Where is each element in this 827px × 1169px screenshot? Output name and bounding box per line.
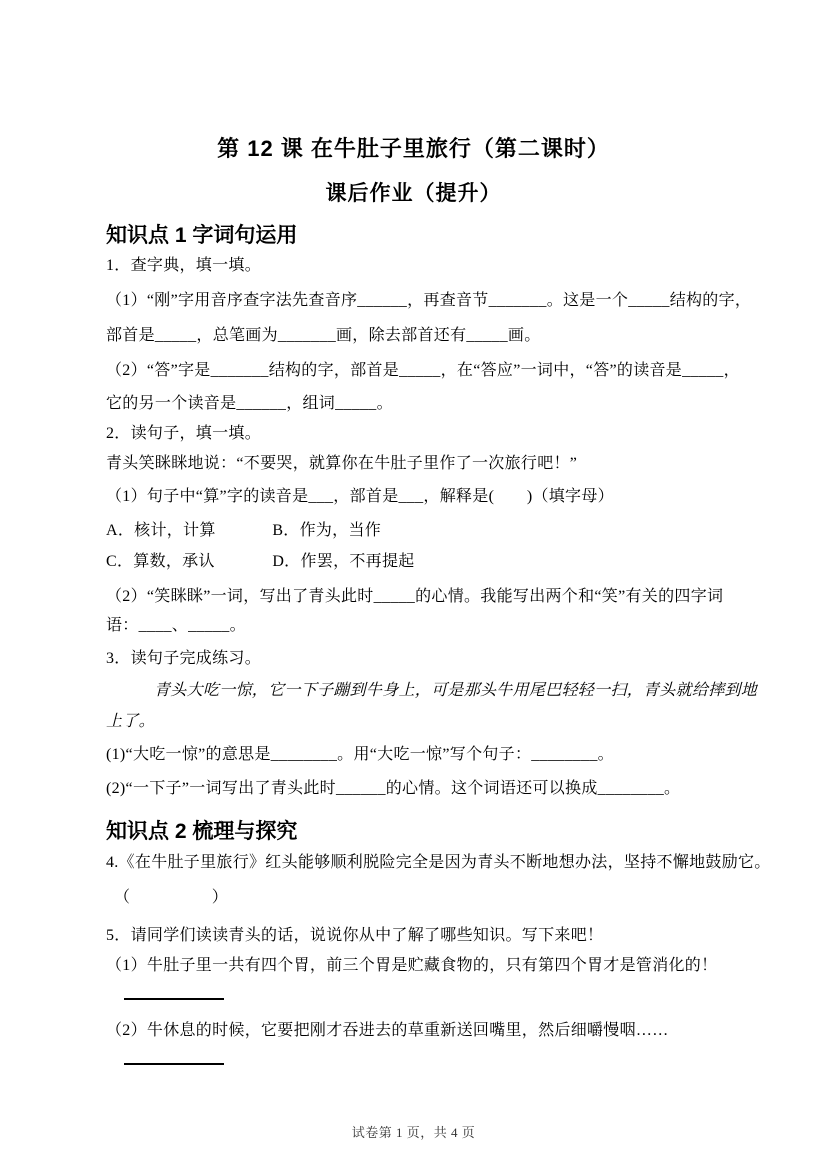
q1-stem: 1．查字典，填一填。 <box>106 256 261 275</box>
q3-stem: 3．读句子完成练习。 <box>106 649 261 668</box>
q1-part2-line2: 它的另一个读音是______，组词_____。 <box>106 394 393 413</box>
q2-stem: 2．读句子，填一填。 <box>106 424 261 443</box>
q2-part2-line2: 语：____、_____。 <box>106 616 246 635</box>
q2-option-c: C．算数，承认 <box>106 552 268 571</box>
q2-part2-line1: （2）“笑眯眯”一词，写出了青头此时_____的心情。我能写出两个和“笑”有关的… <box>106 587 723 606</box>
section-heading-kp2: 知识点 2 梳理与探究 <box>106 815 297 845</box>
q5-part1: （1）牛肚子里一共有四个胃，前三个胃是贮藏食物的，只有第四个胃才是管消化的！ <box>106 956 717 975</box>
q3-passage-line2: 上了。 <box>106 712 155 731</box>
page-footer: 试卷第 1 页，共 4 页 <box>0 1122 827 1141</box>
q5-part2-answer-line <box>124 1063 224 1065</box>
q1-part1-line1: （1）“刚”字用音序查字法先查音序______，再查音节_______。这是一个… <box>106 291 751 310</box>
q1-part2-line1: （2）“答”字是_______结构的字，部首是_____，在“答应”一词中，“答… <box>106 361 740 380</box>
q4-stem: 4.《在牛肚子里旅行》红头能够顺利脱险完全是因为青头不断地想办法，坚持不懈地鼓励… <box>106 853 771 872</box>
q3-part1: (1)“大吃一惊”的意思是________。用“大吃一惊”写个句子：______… <box>106 745 614 764</box>
q2-options-row-2: C．算数，承认 D．作罢，不再提起 <box>106 552 415 571</box>
q1-part1-line2: 部首是_____，总笔画为_______画，除去部首还有_____画。 <box>106 326 541 345</box>
q2-part1: （1）句子中“算”字的读音是___，部首是___，解释是( )（填字母） <box>106 487 614 506</box>
q5-part1-answer-line <box>124 998 224 1000</box>
q2-options-row-1: A．核计，计算 B．作为，当作 <box>106 521 381 540</box>
q2-quote: 青头笑眯眯地说：“不要哭，就算你在牛肚子里作了一次旅行吧！” <box>106 454 577 473</box>
q3-passage-line1: 青头大吃一惊，它一下子蹦到牛身上，可是那头牛用尾巴轻轻一扫，青头就给摔到地 <box>154 681 757 700</box>
section-heading-kp1: 知识点 1 字词句运用 <box>106 219 297 249</box>
q4-answer-blank: （ ） <box>114 888 228 907</box>
q3-part2: (2)“一下子”一词写出了青头此时______的心情。这个词语还可以换成____… <box>106 779 680 798</box>
page-subtitle: 课后作业（提升） <box>0 177 827 207</box>
q2-option-b: B．作为，当作 <box>272 522 381 539</box>
q5-stem: 5．请同学们读读青头的话，说说你从中了解了哪些知识。写下来吧！ <box>106 926 603 945</box>
q2-option-a: A．核计，计算 <box>106 521 268 540</box>
q2-option-d: D．作罢，不再提起 <box>272 553 414 570</box>
q5-part2: （2）牛休息的时候，它要把刚才吞进去的草重新送回嘴里，然后细嚼慢咽…… <box>106 1021 669 1040</box>
worksheet-page: 第 12 课 在牛肚子里旅行（第二课时） 课后作业（提升） 知识点 1 字词句运… <box>0 0 827 1169</box>
page-title: 第 12 课 在牛肚子里旅行（第二课时） <box>0 132 827 163</box>
